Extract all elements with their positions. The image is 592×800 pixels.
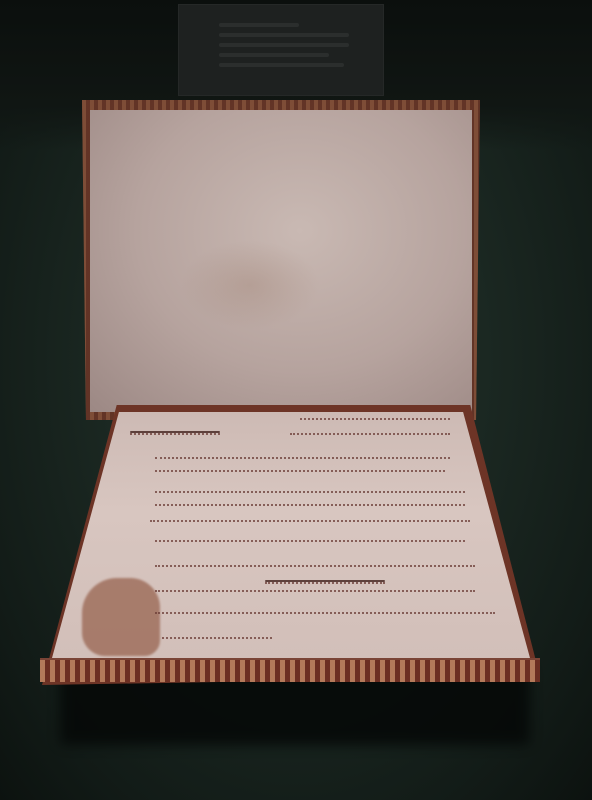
- handwritten-line: [150, 514, 470, 522]
- handwritten-line: [155, 464, 445, 472]
- handwriting-lines: [0, 0, 592, 800]
- handwritten-line: [162, 631, 272, 639]
- strikethrough-line: [130, 431, 220, 433]
- handwritten-line: [155, 606, 495, 614]
- handwritten-line: [155, 534, 465, 542]
- handwritten-line: [155, 584, 475, 592]
- handwritten-line: [290, 427, 450, 435]
- handwritten-line: [155, 498, 465, 506]
- handwritten-line: [155, 451, 450, 459]
- handwritten-line: [300, 412, 450, 420]
- handwritten-line: [155, 485, 465, 493]
- handwritten-line: [155, 559, 475, 567]
- strikethrough-line: [265, 580, 385, 582]
